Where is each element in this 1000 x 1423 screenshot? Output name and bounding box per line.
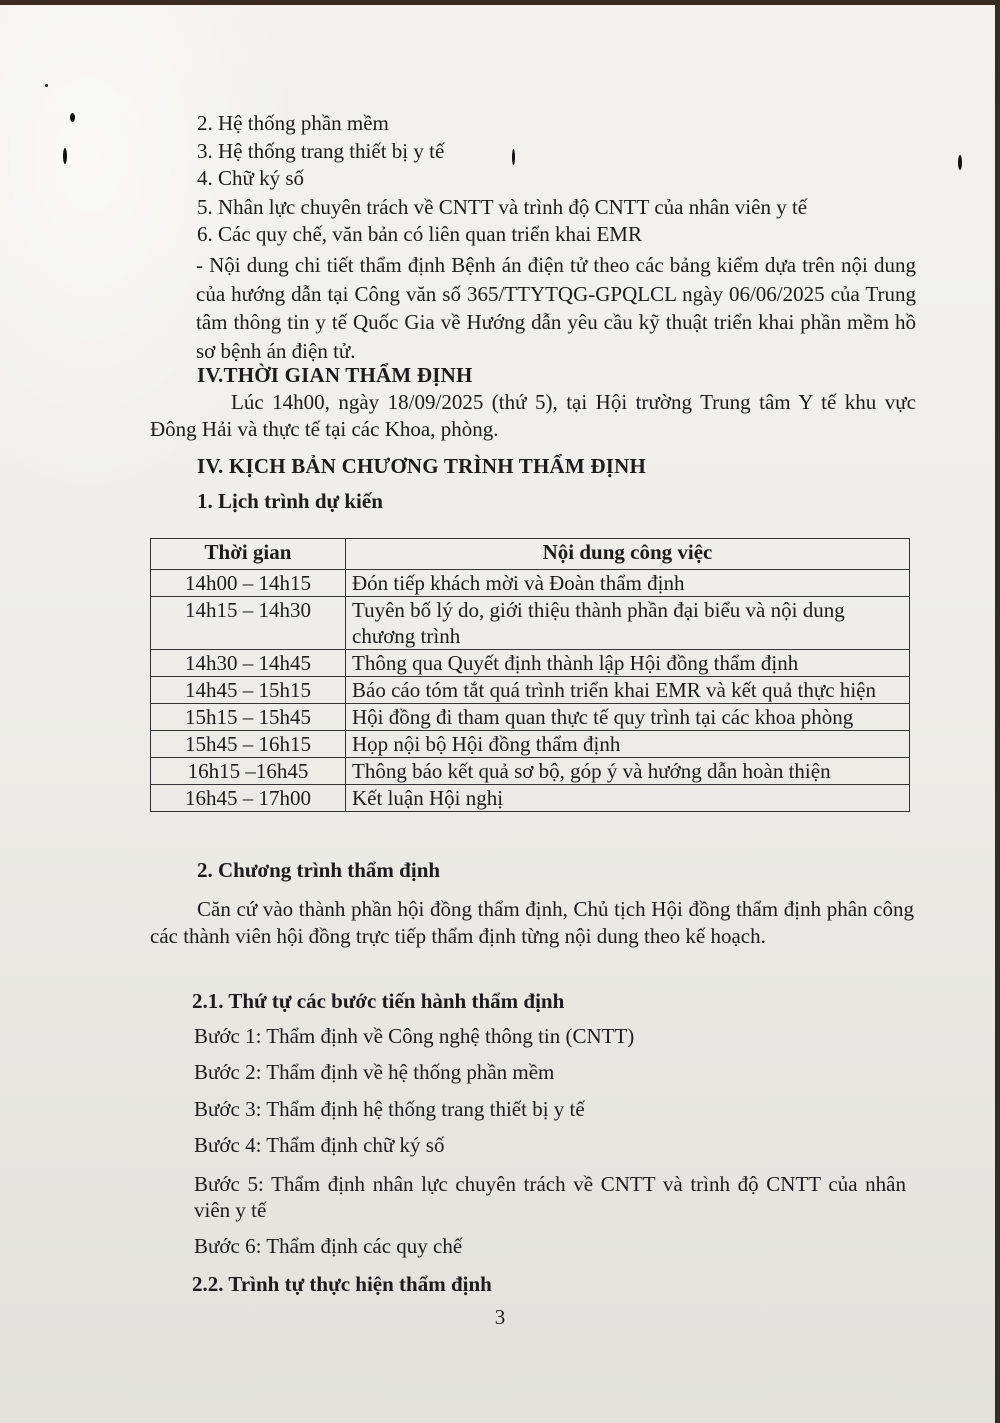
table-row: 14h30 – 14h45Thông qua Quyết định thành … <box>151 650 910 677</box>
subheading-schedule: 1. Lịch trình dự kiến <box>197 488 383 514</box>
row-time: 14h45 – 15h15 <box>151 677 346 704</box>
subheading-program: 2. Chương trình thẩm định <box>197 857 440 883</box>
row-content: Hội đồng đi tham quan thực tế quy trình … <box>346 704 910 731</box>
row-time: 15h45 – 16h15 <box>151 731 346 758</box>
page-number: 3 <box>0 1305 1000 1330</box>
table-row: 14h15 – 14h30Tuyên bố lý do, giới thiệu … <box>151 597 910 650</box>
section-heading-script: IV. KỊCH BẢN CHƯƠNG TRÌNH THẨM ĐỊNH <box>197 453 646 479</box>
list-item: 6. Các quy chế, văn bản có liên quan tri… <box>197 221 642 247</box>
row-content: Thông qua Quyết định thành lập Hội đồng … <box>346 650 910 677</box>
step-item: Bước 2: Thẩm định về hệ thống phần mềm <box>194 1059 554 1085</box>
program-paragraph: Căn cứ vào thành phần hội đồng thẩm định… <box>150 896 914 950</box>
punch-mark <box>63 148 67 164</box>
column-header-content: Nội dung công việc <box>346 539 910 570</box>
document-page: 2. Hệ thống phần mềm 3. Hệ thống trang t… <box>0 5 995 1423</box>
row-time: 16h15 –16h45 <box>151 758 346 785</box>
table-row: 16h45 – 17h00Kết luận Hội nghị <box>151 785 910 812</box>
punch-mark <box>512 149 515 165</box>
step-item: Bước 6: Thẩm định các quy chế <box>194 1233 462 1259</box>
table-row: 15h15 – 15h45Hội đồng đi tham quan thực … <box>151 704 910 731</box>
step-item: Bước 4: Thẩm định chữ ký số <box>194 1132 444 1158</box>
row-time: 14h15 – 14h30 <box>151 597 346 650</box>
row-content: Kết luận Hội nghị <box>346 785 910 812</box>
punch-mark <box>45 84 48 87</box>
step-item: Bước 5: Thẩm định nhân lực chuyên trách … <box>194 1171 906 1223</box>
row-time: 14h30 – 14h45 <box>151 650 346 677</box>
subheading-sequence: 2.2. Trình tự thực hiện thẩm định <box>192 1271 492 1297</box>
row-time: 15h15 – 15h45 <box>151 704 346 731</box>
column-header-time: Thời gian <box>151 539 346 570</box>
row-time: 14h00 – 14h15 <box>151 570 346 597</box>
schedule-table: Thời gian Nội dung công việc 14h00 – 14h… <box>150 538 910 812</box>
table-row: 15h45 – 16h15Họp nội bộ Hội đồng thẩm đị… <box>151 731 910 758</box>
row-content: Thông báo kết quả sơ bộ, góp ý và hướng … <box>346 758 910 785</box>
row-content: Đón tiếp khách mời và Đoàn thẩm định <box>346 570 910 597</box>
table-row: 16h15 –16h45Thông báo kết quả sơ bộ, góp… <box>151 758 910 785</box>
step-item: Bước 1: Thẩm định về Công nghệ thông tin… <box>194 1023 634 1049</box>
row-content: Họp nội bộ Hội đồng thẩm định <box>346 731 910 758</box>
list-item: 4. Chữ ký số <box>197 165 304 191</box>
list-item: 5. Nhân lực chuyên trách về CNTT và trìn… <box>197 194 807 220</box>
subheading-steps: 2.1. Thứ tự các bước tiến hành thẩm định <box>192 988 564 1014</box>
list-item: 2. Hệ thống phần mềm <box>197 110 389 136</box>
time-paragraph: Lúc 14h00, ngày 18/09/2025 (thứ 5), tại … <box>150 389 916 443</box>
punch-mark <box>70 113 75 122</box>
list-item: 3. Hệ thống trang thiết bị y tế <box>197 138 444 164</box>
row-time: 16h45 – 17h00 <box>151 785 346 812</box>
detail-note: - Nội dung chi tiết thẩm định Bệnh án đi… <box>150 251 916 365</box>
punch-mark <box>958 155 962 170</box>
step-item: Bước 3: Thẩm định hệ thống trang thiết b… <box>194 1096 585 1122</box>
row-content: Tuyên bố lý do, giới thiệu thành phần đạ… <box>346 597 910 650</box>
section-heading-time: IV.THỜI GIAN THẨM ĐỊNH <box>197 362 473 388</box>
row-content: Báo cáo tóm tắt quá trình triển khai EMR… <box>346 677 910 704</box>
table-row: 14h45 – 15h15Báo cáo tóm tắt quá trình t… <box>151 677 910 704</box>
table-row: 14h00 – 14h15Đón tiếp khách mời và Đoàn … <box>151 570 910 597</box>
